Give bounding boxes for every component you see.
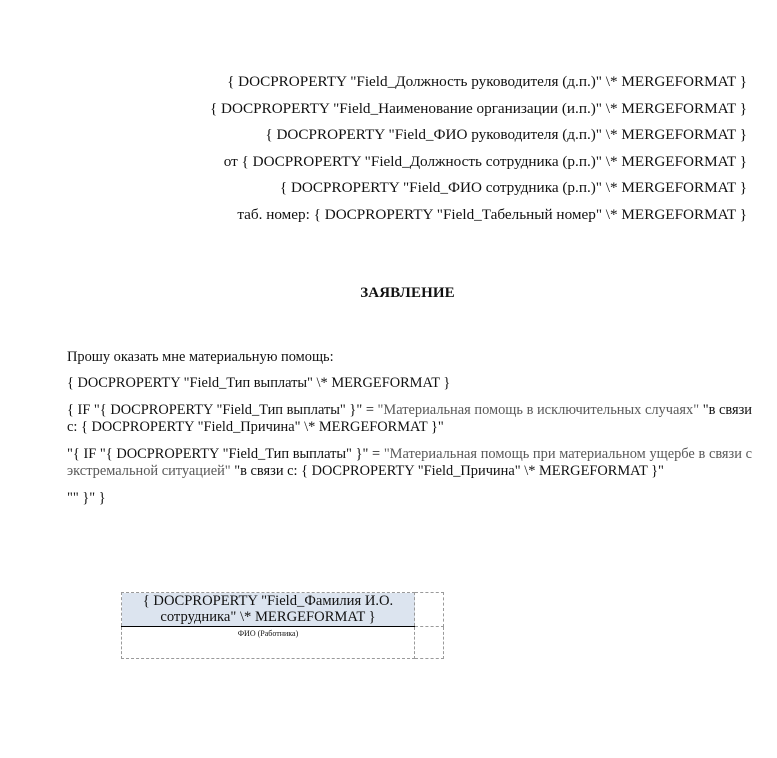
- header-line-personnel-number: таб. номер: { DOCPROPERTY "Field_Табельн…: [107, 202, 747, 229]
- signature-cell-empty-lower: [415, 627, 444, 659]
- if-field-closing: "" }" }: [67, 490, 752, 507]
- if-field-damage: "{ IF "{ DOCPROPERTY "Field_Тип выплаты"…: [67, 446, 752, 480]
- if-field-damage-suffix: "в связи с: { DOCPROPERTY "Field_Причина…: [231, 463, 664, 479]
- header-line-manager-position: { DOCPROPERTY "Field_Должность руководит…: [107, 69, 747, 96]
- if-field-exceptional-prefix: { IF "{ DOCPROPERTY "Field_Тип выплаты" …: [67, 402, 378, 418]
- employee-name-label: ФИО (Работника): [122, 627, 415, 659]
- signature-cell-empty: [415, 593, 444, 627]
- signature-table: { DOCPROPERTY "Field_Фамилия И.О. сотруд…: [121, 592, 444, 659]
- addressee-header: { DOCPROPERTY "Field_Должность руководит…: [107, 69, 747, 229]
- header-line-employee-name: { DOCPROPERTY "Field_ФИО сотрудника (р.п…: [107, 175, 747, 202]
- payment-type-field: { DOCPROPERTY "Field_Тип выплаты" \* MER…: [67, 375, 752, 392]
- document-title: ЗАЯВЛЕНИЕ: [0, 285, 777, 302]
- header-line-organization: { DOCPROPERTY "Field_Наименование органи…: [107, 96, 747, 123]
- document-body: Прошу оказать мне материальную помощь: {…: [67, 349, 752, 517]
- if-field-exceptional-value: "Материальная помощь в исключительных сл…: [378, 402, 700, 418]
- header-line-manager-name: { DOCPROPERTY "Field_ФИО руководителя (д…: [107, 122, 747, 149]
- request-text: Прошу оказать мне материальную помощь:: [67, 349, 752, 366]
- document-page: { DOCPROPERTY "Field_Должность руководит…: [0, 0, 777, 758]
- employee-name-field: { DOCPROPERTY "Field_Фамилия И.О. сотруд…: [122, 593, 415, 627]
- if-field-damage-prefix: "{ IF "{ DOCPROPERTY "Field_Тип выплаты"…: [67, 446, 384, 462]
- if-field-exceptional: { IF "{ DOCPROPERTY "Field_Тип выплаты" …: [67, 402, 752, 436]
- header-line-employee-position: от { DOCPROPERTY "Field_Должность сотруд…: [107, 149, 747, 176]
